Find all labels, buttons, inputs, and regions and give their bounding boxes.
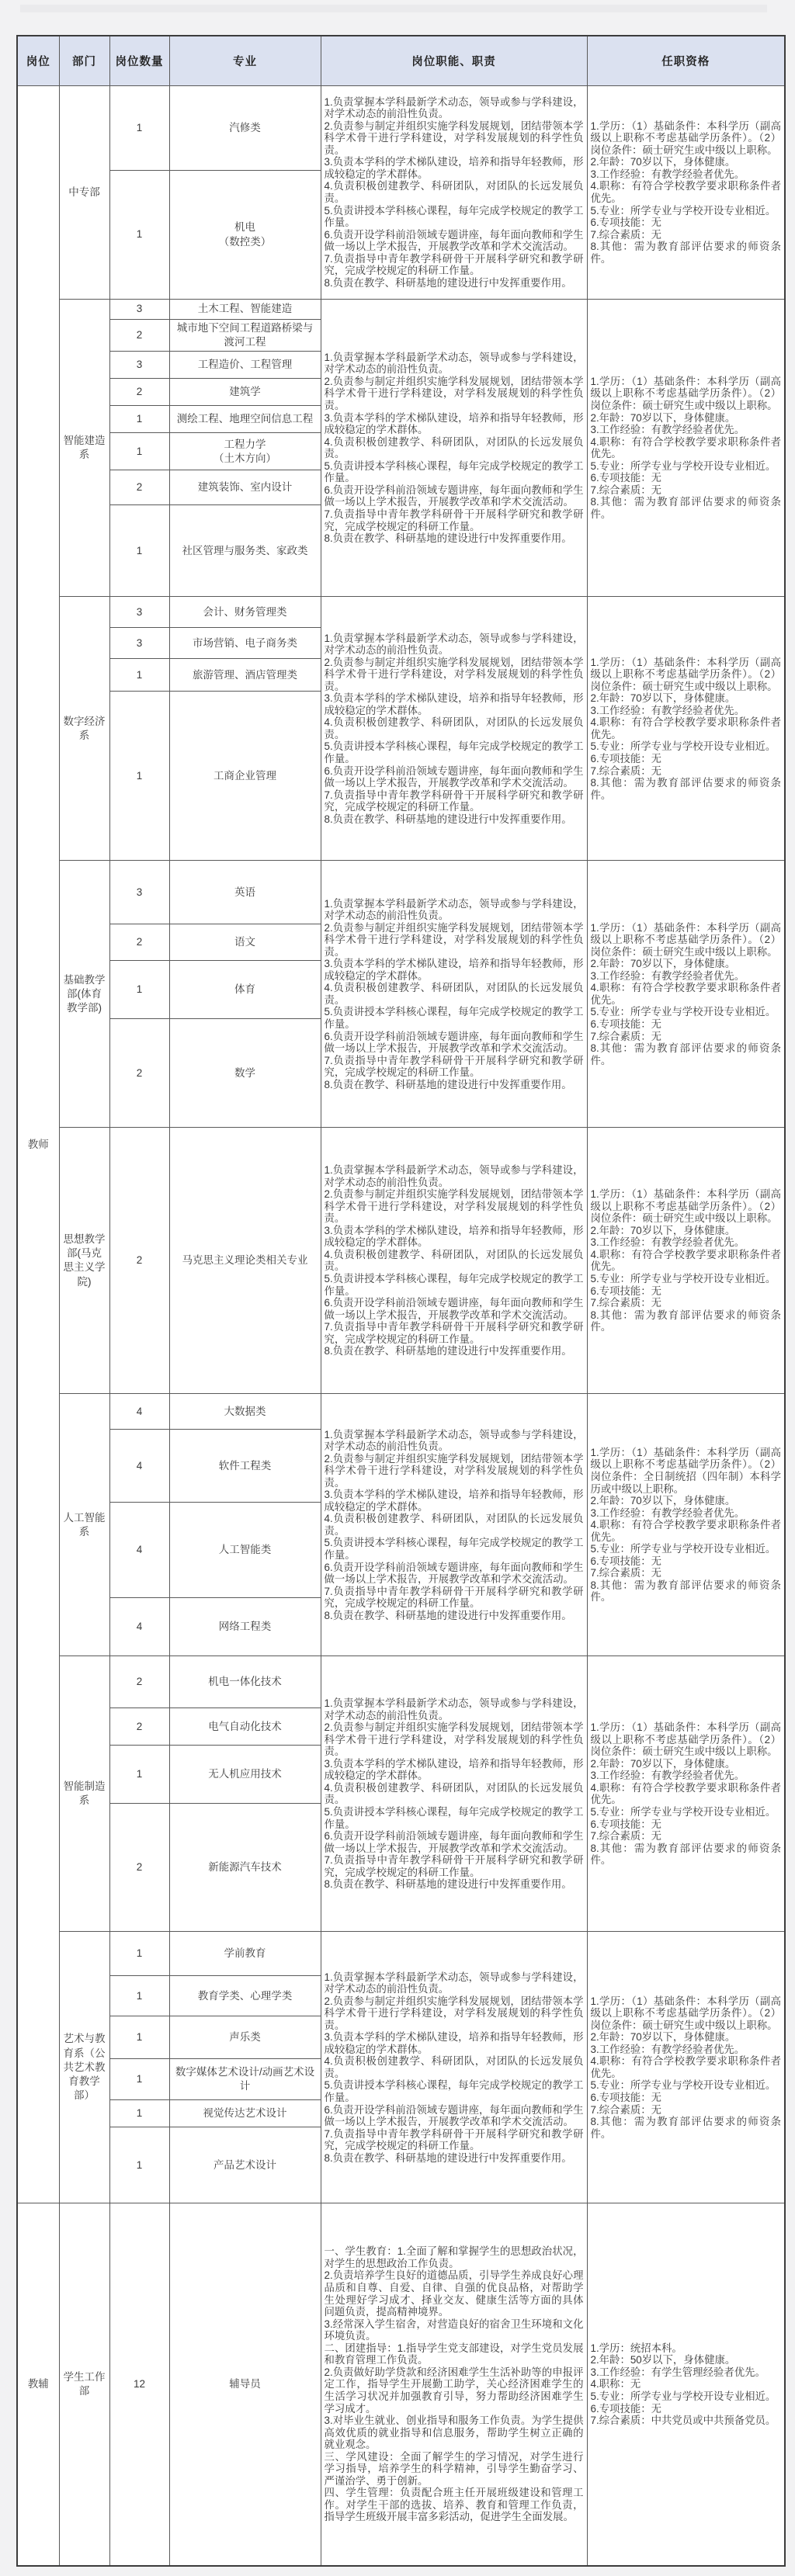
duties-cell: 1.负责掌握本学科最新学术动态，领导或参与学科建设，对学术动态的前沿性负责。2.… <box>321 1128 587 1394</box>
qualification-item: 7.综合素质：中共党员或中共预备党员。 <box>591 2415 782 2427</box>
count-cell: 2 <box>109 1019 169 1128</box>
table-row: 思想教学部(马克思主义学院)2马克思主义理论类相关专业1.负责掌握本学科最新学术… <box>17 1128 785 1394</box>
count-cell: 4 <box>109 1503 169 1598</box>
qualification-item: 1.学历：（1）基础条件：本科学历（副高级以上职称不考虑基础学历条件）。（2）岗… <box>591 1447 782 1495</box>
table-row: 智能建造系3土木工程、智能建造1.负责掌握本学科最新学术动态，领导或参与学科建设… <box>17 300 785 320</box>
count-cell: 1 <box>109 2059 169 2100</box>
qualification-item: 6.专项技能：无 <box>591 472 782 484</box>
major-cell: 测绘工程、地理空间信息工程 <box>169 406 321 433</box>
duty-item: 3.负责本学科的学术梯队建设，培养和指导年轻教师，形成较稳定的学术群体。 <box>325 412 584 436</box>
major-cell: 数学 <box>169 1019 321 1128</box>
count-cell: 1 <box>109 1746 169 1804</box>
department-cell: 基础教学部(体育教学部) <box>59 861 109 1128</box>
major-cell: 英语 <box>169 861 321 924</box>
duty-item: 2.负责参与制定并组织实施学科发展规划，团结带领本学科学术骨干进行学科建设，对学… <box>325 1721 584 1758</box>
header-duties: 岗位职能、职责 <box>321 36 587 86</box>
qualifications-cell: 1.学历：（1）基础条件：本科学历（副高级以上职称不考虑基础学历条件）。（2）岗… <box>587 86 785 300</box>
duty-item: 三、学风建设：全面了解学生的学习情况，对学生进行学习指导，培养学生的科学精神，引… <box>325 2451 584 2488</box>
qualification-item: 1.学历：（1）基础条件：本科学历（副高级以上职称不考虑基础学历条件）。（2）岗… <box>591 657 782 693</box>
recruitment-table-wrap: 岗位 部门 岗位数量 专业 岗位职能、职责 任职资格 教师中专部1汽修类1.负责… <box>16 35 784 2567</box>
duty-item: 二、团建指导：1.指导学生党支部建设，对学生党员发展和教育管理工作负责。 <box>325 2342 584 2366</box>
duty-item: 6.负责开设学科前沿领域专题讲座，每年面向教师和学生做一场以上学术报告，开展教学… <box>325 2104 584 2128</box>
qualification-item: 5.专业：所学专业与学校开设专业相近。 <box>591 2079 782 2092</box>
duties-cell: 1.负责掌握本学科最新学术动态，领导或参与学科建设，对学术动态的前沿性负责。2.… <box>321 1656 587 1932</box>
table-row: 基础教学部(体育教学部)3英语1.负责掌握本学科最新学术动态，领导或参与学科建设… <box>17 861 785 924</box>
duty-item: 7.负责指导中青年教学科研骨干开展科学研究和教学研究，完成学校规定的科研工作量。 <box>325 508 584 532</box>
position-cell: 教师 <box>17 86 59 2203</box>
count-cell: 3 <box>109 300 169 320</box>
duty-item: 4.负责积极创建教学、科研团队，对团队的长远发展负责。 <box>325 180 584 204</box>
qualification-item: 6.专项技能：无 <box>591 1555 782 1568</box>
duty-item: 7.负责指导中青年教学科研骨干开展科学研究和教学研究，完成学校规定的科研工作量。 <box>325 1854 584 1878</box>
department-cell: 数字经济系 <box>59 597 109 861</box>
count-cell: 12 <box>109 2203 169 2566</box>
qualification-item: 4.职称：有符合学校教学要求职称条件者优先。 <box>591 1249 782 1273</box>
major-cell: 人工智能类 <box>169 1503 321 1598</box>
major-cell: 建筑学 <box>169 379 321 406</box>
qualification-item: 8.其他：需为教育部评估要求的师资条件。 <box>591 1579 782 1603</box>
duty-item: 5.负责讲授本学科核心课程，每年完成学校规定的教学工作量。 <box>325 740 584 764</box>
qualification-item: 2.年龄：70岁以下，身体健康。 <box>591 1225 782 1237</box>
major-cell: 体育 <box>169 961 321 1019</box>
count-cell: 2 <box>109 1804 169 1932</box>
qualification-item: 6.专项技能：无 <box>591 1018 782 1031</box>
qualification-item: 5.专业：所学专业与学校开设专业相近。 <box>591 1543 782 1555</box>
duties-cell: 1.负责掌握本学科最新学术动态，领导或参与学科建设，对学术动态的前沿性负责。2.… <box>321 1394 587 1656</box>
duty-item: 1.负责掌握本学科最新学术动态，领导或参与学科建设，对学术动态的前沿性负责。 <box>325 352 584 376</box>
qualification-item: 3.工作经验：有教学经验者优先。 <box>591 168 782 181</box>
duty-item: 5.负责讲授本学科核心课程，每年完成学校规定的教学工作量。 <box>325 1273 584 1297</box>
duty-item: 3.负责本学科的学术梯队建设，培养和指导年轻教师，形成较稳定的学术群体。 <box>325 1758 584 1782</box>
major-cell: 建筑装饰、室内设计 <box>169 470 321 505</box>
duty-item: 4.负责积极创建教学、科研团队，对团队的长远发展负责。 <box>325 982 584 1006</box>
major-cell: 声乐类 <box>169 2016 321 2059</box>
major-cell: 大数据类 <box>169 1394 321 1430</box>
qualification-item: 5.专业：所学专业与学校开设专业相近。 <box>591 740 782 753</box>
qualifications-cell: 1.学历：统招本科。2.年龄：50岁以下，身体健康。3.工作经验：有学生管理经验… <box>587 2203 785 2566</box>
duty-item: 4.负责积极创建教学、科研团队，对团队的长远发展负责。 <box>325 436 584 460</box>
qualifications-cell: 1.学历：（1）基础条件：本科学历（副高级以上职称不考虑基础学历条件）。（2）岗… <box>587 1128 785 1394</box>
department-cell: 智能制造系 <box>59 1656 109 1932</box>
count-cell: 2 <box>109 1656 169 1708</box>
department-cell: 智能建造系 <box>59 300 109 597</box>
qualification-item: 8.其他：需为教育部评估要求的师资条件。 <box>591 1843 782 1867</box>
qualification-item: 1.学历：（1）基础条件：本科学历（副高级以上职称不考虑基础学历条件）。（2）岗… <box>591 376 782 412</box>
qualification-item: 7.综合素质：无 <box>591 1567 782 1579</box>
duty-item: 7.负责指导中青年教学科研骨干开展科学研究和教学研究，完成学校规定的科研工作量。 <box>325 1055 584 1079</box>
qualification-item: 6.专项技能：无 <box>591 2092 782 2104</box>
major-cell: 城市地下空间工程道路桥梁与渡河工程 <box>169 320 321 352</box>
table-row: 人工智能系4大数据类1.负责掌握本学科最新学术动态，领导或参与学科建设，对学术动… <box>17 1394 785 1430</box>
qualification-item: 8.其他：需为教育部评估要求的师资条件。 <box>591 777 782 801</box>
qualification-item: 8.其他：需为教育部评估要求的师资条件。 <box>591 496 782 520</box>
duty-item: 7.负责指导中青年教学科研骨干开展科学研究和教学研究，完成学校规定的科研工作量。 <box>325 789 584 813</box>
duty-item: 2.负责培养学生良好的道德品质，引导学生养成良好心理品质和自尊、自爱、自律、自强… <box>325 2269 584 2318</box>
duties-cell: 1.负责掌握本学科最新学术动态，领导或参与学科建设，对学术动态的前沿性负责。2.… <box>321 861 587 1128</box>
qualification-item: 5.专业：所学专业与学校开设专业相近。 <box>591 205 782 217</box>
qualification-item: 8.其他：需为教育部评估要求的师资条件。 <box>591 2116 782 2140</box>
qualification-item: 1.学历：（1）基础条件：本科学历（副高级以上职称不考虑基础学历条件）。（2）岗… <box>591 120 782 157</box>
duty-item: 3.负责本学科的学术梯队建设，培养和指导年轻教师，形成较稳定的学术群体。 <box>325 1225 584 1249</box>
duty-item: 6.负责开设学科前沿领域专题讲座，每年面向教师和学生做一场以上学术报告，开展教学… <box>325 229 584 253</box>
count-cell: 1 <box>109 433 169 470</box>
qualification-item: 2.年龄：70岁以下，身体健康。 <box>591 1758 782 1770</box>
qualifications-cell: 1.学历：（1）基础条件：本科学历（副高级以上职称不考虑基础学历条件）。（2）岗… <box>587 597 785 861</box>
duties-cell: 1.负责掌握本学科最新学术动态，领导或参与学科建设，对学术动态的前沿性负责。2.… <box>321 597 587 861</box>
department-cell: 学生工作部 <box>59 2203 109 2566</box>
duty-item: 2.负责参与制定并组织实施学科发展规划，团结带领本学科学术骨干进行学科建设，对学… <box>325 1188 584 1225</box>
major-cell: 旅游管理、酒店管理类 <box>169 659 321 692</box>
qualifications-cell: 1.学历：（1）基础条件：本科学历（副高级以上职称不考虑基础学历条件）。（2）岗… <box>587 1932 785 2203</box>
duties-cell: 一、学生教育：1.全面了解和掌握学生的思想政治状况，对学生的思想政治工作负责。2… <box>321 2203 587 2566</box>
count-cell: 1 <box>109 86 169 171</box>
major-cell: 语文 <box>169 924 321 961</box>
table-row: 教辅学生工作部12辅导员一、学生教育：1.全面了解和掌握学生的思想政治状况，对学… <box>17 2203 785 2566</box>
duty-item: 8.负责在教学、科研基地的建设进行中发挥重要作用。 <box>325 2152 584 2165</box>
duty-item: 3.负责本学科的学术梯队建设，培养和指导年轻教师，形成较稳定的学术群体。 <box>325 156 584 180</box>
page-top-artifact <box>20 5 767 12</box>
table-row: 数字经济系3会计、财务管理类1.负责掌握本学科最新学术动态，领导或参与学科建设，… <box>17 597 785 628</box>
duty-item: 6.负责开设学科前沿领域专题讲座，每年面向教师和学生做一场以上学术报告，开展教学… <box>325 1562 584 1586</box>
duty-item: 6.负责开设学科前沿领域专题讲座，每年面向教师和学生做一场以上学术报告，开展教学… <box>325 1031 584 1055</box>
qualification-item: 7.综合素质：无 <box>591 765 782 778</box>
qualification-item: 6.专项技能：无 <box>591 753 782 765</box>
qualification-item: 7.综合素质：无 <box>591 484 782 497</box>
count-cell: 4 <box>109 1598 169 1656</box>
major-cell: 软件工程类 <box>169 1430 321 1503</box>
duty-item: 8.负责在教学、科研基地的建设进行中发挥重要作用。 <box>325 1878 584 1891</box>
qualification-item: 6.专项技能：无 <box>591 217 782 229</box>
duty-item: 2.负责参与制定并组织实施学科发展规划，团结带领本学科学术骨干进行学科建设，对学… <box>325 1453 584 1489</box>
header-position: 岗位 <box>17 36 59 86</box>
qualification-item: 5.专业：所学专业与学校开设专业相近。 <box>591 1006 782 1018</box>
table-row: 艺术与教育系（公共艺术教育教学部）1学前教育1.负责掌握本学科最新学术动态，领导… <box>17 1932 785 1976</box>
qualification-item: 3.工作经验：有教学经验者优先。 <box>591 2044 782 2056</box>
qualification-item: 5.专业：所学专业与学校开设专业相近。 <box>591 2391 782 2403</box>
duties-cell: 1.负责掌握本学科最新学术动态，领导或参与学科建设，对学术动态的前沿性负责。2.… <box>321 1932 587 2203</box>
qualification-item: 6.专项技能：无 <box>591 1285 782 1298</box>
duty-item: 5.负责讲授本学科核心课程，每年完成学校规定的教学工作量。 <box>325 205 584 229</box>
count-cell: 1 <box>109 659 169 692</box>
department-cell: 思想教学部(马克思主义学院) <box>59 1128 109 1394</box>
qualification-item: 2.年龄：70岁以下，身体健康。 <box>591 156 782 168</box>
duty-item: 8.负责在教学、科研基地的建设进行中发挥重要作用。 <box>325 1345 584 1357</box>
qualification-item: 6.专项技能：无 <box>591 2403 782 2415</box>
header-row: 岗位 部门 岗位数量 专业 岗位职能、职责 任职资格 <box>17 36 785 86</box>
count-cell: 1 <box>109 2127 169 2203</box>
duty-item: 8.负责在教学、科研基地的建设进行中发挥重要作用。 <box>325 1079 584 1091</box>
qualification-item: 8.其他：需为教育部评估要求的师资条件。 <box>591 1042 782 1066</box>
qualification-item: 7.综合素质：无 <box>591 2104 782 2117</box>
duty-item: 3.负责本学科的学术梯队建设，培养和指导年轻教师，形成较稳定的学术群体。 <box>325 1489 584 1513</box>
major-cell: 工商企业管理 <box>169 692 321 861</box>
qualifications-cell: 1.学历：（1）基础条件：本科学历（副高级以上职称不考虑基础学历条件）。（2）岗… <box>587 1656 785 1932</box>
qualification-item: 3.工作经验：有学生管理经验者优先。 <box>591 2366 782 2379</box>
department-cell: 艺术与教育系（公共艺术教育教学部） <box>59 1932 109 2203</box>
duty-item: 8.负责在教学、科研基地的建设进行中发挥重要作用。 <box>325 813 584 826</box>
major-cell: 电气自动化技术 <box>169 1708 321 1746</box>
qualification-item: 4.职称：有符合学校教学要求职称条件者优先。 <box>591 2055 782 2079</box>
department-cell: 人工智能系 <box>59 1394 109 1656</box>
header-qualifications: 任职资格 <box>587 36 785 86</box>
qualifications-cell: 1.学历：（1）基础条件：本科学历（副高级以上职称不考虑基础学历条件）。（2）岗… <box>587 1394 785 1656</box>
duty-item: 6.负责开设学科前沿领域专题讲座，每年面向教师和学生做一场以上学术报告，开展教学… <box>325 484 584 508</box>
duty-item: 3.负责本学科的学术梯队建设，培养和指导年轻教师，形成较稳定的学术群体。 <box>325 958 584 982</box>
duty-item: 7.负责指导中青年教学科研骨干开展科学研究和教学研究，完成学校规定的科研工作量。 <box>325 1321 584 1345</box>
header-count: 岗位数量 <box>109 36 169 86</box>
major-cell: 教育学类、心理学类 <box>169 1976 321 2016</box>
qualification-item: 2.年龄：70岁以下，身体健康。 <box>591 692 782 705</box>
duty-item: 8.负责在教学、科研基地的建设进行中发挥重要作用。 <box>325 532 584 545</box>
header-department: 部门 <box>59 36 109 86</box>
qualification-item: 4.职称：有符合学校教学要求职称条件者优先。 <box>591 982 782 1006</box>
duty-item: 3.对毕业生就业、创业指导和服务工作负责。为学生提供高效优质的就业指导和信息服务… <box>325 2415 584 2451</box>
qualification-item: 2.年龄：70岁以下，身体健康。 <box>591 1495 782 1507</box>
qualification-item: 8.其他：需为教育部评估要求的师资条件。 <box>591 1309 782 1333</box>
duty-item: 8.负责在教学、科研基地的建设进行中发挥重要作用。 <box>325 1610 584 1622</box>
major-cell: 网络工程类 <box>169 1598 321 1656</box>
duty-item: 6.负责开设学科前沿领域专题讲座，每年面向教师和学生做一场以上学术报告，开展教学… <box>325 1297 584 1321</box>
major-cell: 机电一体化技术 <box>169 1656 321 1708</box>
qualification-item: 6.专项技能：无 <box>591 1818 782 1831</box>
duty-item: 1.负责掌握本学科最新学术动态，领导或参与学科建设，对学术动态的前沿性负责。 <box>325 633 584 657</box>
duty-item: 5.负责讲授本学科核心课程，每年完成学校规定的教学工作量。 <box>325 460 584 484</box>
duty-item: 2.负责参与制定并组织实施学科发展规划，团结带领本学科学术骨干进行学科建设，对学… <box>325 120 584 157</box>
count-cell: 3 <box>109 352 169 379</box>
qualifications-cell: 1.学历：（1）基础条件：本科学历（副高级以上职称不考虑基础学历条件）。（2）岗… <box>587 300 785 597</box>
major-cell: 社区管理与服务类、家政类 <box>169 505 321 597</box>
duty-item: 8.负责在教学、科研基地的建设进行中发挥重要作用。 <box>325 277 584 289</box>
major-cell: 机电 （数控类） <box>169 171 321 300</box>
count-cell: 1 <box>109 692 169 861</box>
table-row: 教师中专部1汽修类1.负责掌握本学科最新学术动态，领导或参与学科建设，对学术动态… <box>17 86 785 171</box>
count-cell: 1 <box>109 2100 169 2127</box>
duty-item: 3.负责本学科的学术梯队建设，培养和指导年轻教师，形成较稳定的学术群体。 <box>325 692 584 716</box>
qualification-item: 1.学历：统招本科。 <box>591 2342 782 2355</box>
job-table-body: 教师中专部1汽修类1.负责掌握本学科最新学术动态，领导或参与学科建设，对学术动态… <box>17 86 785 2566</box>
qualification-item: 1.学历：（1）基础条件：本科学历（副高级以上职称不考虑基础学历条件）。（2）岗… <box>591 922 782 959</box>
duty-item: 4.负责积极创建教学、科研团队，对团队的长远发展负责。 <box>325 1249 584 1273</box>
qualification-item: 5.专业：所学专业与学校开设专业相近。 <box>591 460 782 473</box>
count-cell: 2 <box>109 1128 169 1394</box>
table-row: 智能制造系2机电一体化技术1.负责掌握本学科最新学术动态，领导或参与学科建设，对… <box>17 1656 785 1708</box>
qualification-item: 2.年龄：70岁以下，身体健康。 <box>591 958 782 970</box>
qualification-item: 3.工作经验：有教学经验者优先。 <box>591 970 782 983</box>
qualification-item: 4.职称：有符合学校教学要求职称条件者优先。 <box>591 180 782 204</box>
duty-item: 2.负责参与制定并组织实施学科发展规划，团结带领本学科学术骨干进行学科建设，对学… <box>325 922 584 959</box>
major-cell: 视觉传达艺术设计 <box>169 2100 321 2127</box>
major-cell: 工程力学 （土木方向） <box>169 433 321 470</box>
major-cell: 产品艺术设计 <box>169 2127 321 2203</box>
major-cell: 无人机应用技术 <box>169 1746 321 1804</box>
major-cell: 土木工程、智能建造 <box>169 300 321 320</box>
count-cell: 3 <box>109 861 169 924</box>
major-cell: 辅导员 <box>169 2203 321 2566</box>
duty-item: 2.负责做好助学贷款和经济困难学生生活补助等的申报评定工作，指导学生开展勤工助学… <box>325 2366 584 2415</box>
duty-item: 6.负责开设学科前沿领域专题讲座，每年面向教师和学生做一场以上学术报告，开展教学… <box>325 765 584 789</box>
table-header: 岗位 部门 岗位数量 专业 岗位职能、职责 任职资格 <box>17 36 785 86</box>
major-cell: 工程造价、工程管理 <box>169 352 321 379</box>
duty-item: 1.负责掌握本学科最新学术动态，领导或参与学科建设，对学术动态的前沿性负责。 <box>325 898 584 922</box>
qualification-item: 4.职称：有符合学校教学要求职称条件者优先。 <box>591 716 782 740</box>
duty-item: 一、学生教育：1.全面了解和掌握学生的思想政治状况，对学生的思想政治工作负责。 <box>325 2245 584 2269</box>
qualification-item: 2.年龄：50岁以下，身体健康。 <box>591 2354 782 2366</box>
qualifications-cell: 1.学历：（1）基础条件：本科学历（副高级以上职称不考虑基础学历条件）。（2）岗… <box>587 861 785 1128</box>
duty-item: 四、学生管理：负责配合班主任开展班级建设和管理工作。对学生干部的选拔、培养、教育… <box>325 2487 584 2523</box>
qualification-item: 1.学历：（1）基础条件：本科学历（副高级以上职称不考虑基础学历条件）。（2）岗… <box>591 1721 782 1758</box>
duty-item: 2.负责参与制定并组织实施学科发展规划，团结带领本学科学术骨干进行学科建设，对学… <box>325 657 584 693</box>
duty-item: 4.负责积极创建教学、科研团队，对团队的长远发展负责。 <box>325 716 584 740</box>
count-cell: 1 <box>109 961 169 1019</box>
major-cell: 学前教育 <box>169 1932 321 1976</box>
major-cell: 马克思主义理论类相关专业 <box>169 1128 321 1394</box>
duty-item: 1.负责掌握本学科最新学术动态，领导或参与学科建设，对学术动态的前沿性负责。 <box>325 1429 584 1453</box>
duty-item: 5.负责讲授本学科核心课程，每年完成学校规定的教学工作量。 <box>325 1006 584 1030</box>
department-cell: 中专部 <box>59 86 109 300</box>
duty-item: 1.负责掌握本学科最新学术动态，领导或参与学科建设，对学术动态的前沿性负责。 <box>325 1697 584 1721</box>
qualification-item: 2.年龄：70岁以下，身体健康。 <box>591 2031 782 2044</box>
qualification-item: 3.工作经验：有教学经验者优先。 <box>591 1770 782 1782</box>
count-cell: 3 <box>109 597 169 628</box>
qualification-item: 7.综合素质：无 <box>591 1297 782 1309</box>
qualification-item: 5.专业：所学专业与学校开设专业相近。 <box>591 1273 782 1285</box>
qualification-item: 4.职称：有符合学校教学要求职称条件者优先。 <box>591 1519 782 1543</box>
count-cell: 1 <box>109 1976 169 2016</box>
duty-item: 1.负责掌握本学科最新学术动态，领导或参与学科建设，对学术动态的前沿性负责。 <box>325 1164 584 1188</box>
qualification-item: 7.综合素质：无 <box>591 229 782 241</box>
duty-item: 3.负责本学科的学术梯队建设，培养和指导年轻教师，形成较稳定的学术群体。 <box>325 2031 584 2055</box>
qualification-item: 3.工作经验：有教学经验者优先。 <box>591 424 782 436</box>
duty-item: 2.负责参与制定并组织实施学科发展规划，团结带领本学科学术骨干进行学科建设，对学… <box>325 1995 584 2032</box>
count-cell: 1 <box>109 505 169 597</box>
count-cell: 3 <box>109 628 169 659</box>
duty-item: 4.负责积极创建教学、科研团队，对团队的长远发展负责。 <box>325 1782 584 1806</box>
duty-item: 6.负责开设学科前沿领域专题讲座，每年面向教师和学生做一场以上学术报告，开展教学… <box>325 1830 584 1854</box>
duty-item: 1.负责掌握本学科最新学术动态，领导或参与学科建设，对学术动态的前沿性负责。 <box>325 96 584 120</box>
qualification-item: 1.学历：（1）基础条件：本科学历（副高级以上职称不考虑基础学历条件）。（2）岗… <box>591 1995 782 2032</box>
qualification-item: 1.学历：（1）基础条件：本科学历（副高级以上职称不考虑基础学历条件）。（2）岗… <box>591 1188 782 1225</box>
duty-item: 2.负责参与制定并组织实施学科发展规划，团结带领本学科学术骨干进行学科建设，对学… <box>325 376 584 412</box>
qualification-item: 3.工作经验：有教学经验者优先。 <box>591 705 782 717</box>
count-cell: 1 <box>109 171 169 300</box>
count-cell: 1 <box>109 2016 169 2059</box>
header-major: 专业 <box>169 36 321 86</box>
qualification-item: 4.职称：有符合学校教学要求职称条件者优先。 <box>591 436 782 460</box>
count-cell: 2 <box>109 924 169 961</box>
duties-cell: 1.负责掌握本学科最新学术动态，领导或参与学科建设，对学术动态的前沿性负责。2.… <box>321 86 587 300</box>
qualification-item: 3.工作经验：有教学经验者优先。 <box>591 1236 782 1249</box>
major-cell: 数字媒体艺术设计/动画艺术设计 <box>169 2059 321 2100</box>
count-cell: 4 <box>109 1394 169 1430</box>
major-cell: 会计、财务管理类 <box>169 597 321 628</box>
qualification-item: 5.专业：所学专业与学校开设专业相近。 <box>591 1806 782 1818</box>
major-cell: 新能源汽车技术 <box>169 1804 321 1932</box>
duty-item: 7.负责指导中青年教学科研骨干开展科学研究和教学研究，完成学校规定的科研工作量。 <box>325 253 584 277</box>
qualification-item: 4.职称：有符合学校教学要求职称条件者优先。 <box>591 1782 782 1806</box>
duty-item: 4.负责积极创建教学、科研团队，对团队的长远发展负责。 <box>325 1513 584 1537</box>
duty-item: 7.负责指导中青年教学科研骨干开展科学研究和教学研究，完成学校规定的科研工作量。 <box>325 2128 584 2152</box>
qualification-item: 2.年龄：70岁以下，身体健康。 <box>591 412 782 425</box>
duty-item: 1.负责掌握本学科最新学术动态，领导或参与学科建设，对学术动态的前沿性负责。 <box>325 1971 584 1995</box>
count-cell: 1 <box>109 406 169 433</box>
count-cell: 1 <box>109 1932 169 1976</box>
duty-item: 7.负责指导中青年教学科研骨干开展科学研究和教学研究，完成学校规定的科研工作量。 <box>325 1586 584 1610</box>
major-cell: 汽修类 <box>169 86 321 171</box>
duty-item: 3.经常深入学生宿舍，对营造良好的宿舍卫生环境和文化环境负责。 <box>325 2318 584 2342</box>
count-cell: 2 <box>109 379 169 406</box>
duty-item: 5.负责讲授本学科核心课程，每年完成学校规定的教学工作量。 <box>325 1537 584 1561</box>
qualification-item: 8.其他：需为教育部评估要求的师资条件。 <box>591 241 782 265</box>
duties-cell: 1.负责掌握本学科最新学术动态，领导或参与学科建设，对学术动态的前沿性负责。2.… <box>321 300 587 597</box>
duty-item: 5.负责讲授本学科核心课程，每年完成学校规定的教学工作量。 <box>325 1806 584 1830</box>
count-cell: 2 <box>109 1708 169 1746</box>
count-cell: 2 <box>109 470 169 505</box>
qualification-item: 7.综合素质：无 <box>591 1830 782 1843</box>
qualification-item: 7.综合素质：无 <box>591 1031 782 1043</box>
duty-item: 5.负责讲授本学科核心课程，每年完成学校规定的教学工作量。 <box>325 2079 584 2103</box>
qualification-item: 4.职称：无 <box>591 2378 782 2391</box>
count-cell: 4 <box>109 1430 169 1503</box>
major-cell: 市场营销、电子商务类 <box>169 628 321 659</box>
recruitment-table: 岗位 部门 岗位数量 专业 岗位职能、职责 任职资格 教师中专部1汽修类1.负责… <box>16 35 786 2567</box>
qualification-item: 3.工作经验：有教学经验者优先。 <box>591 1507 782 1520</box>
count-cell: 2 <box>109 320 169 352</box>
duty-item: 4.负责积极创建教学、科研团队，对团队的长远发展负责。 <box>325 2055 584 2079</box>
position-cell: 教辅 <box>17 2203 59 2566</box>
